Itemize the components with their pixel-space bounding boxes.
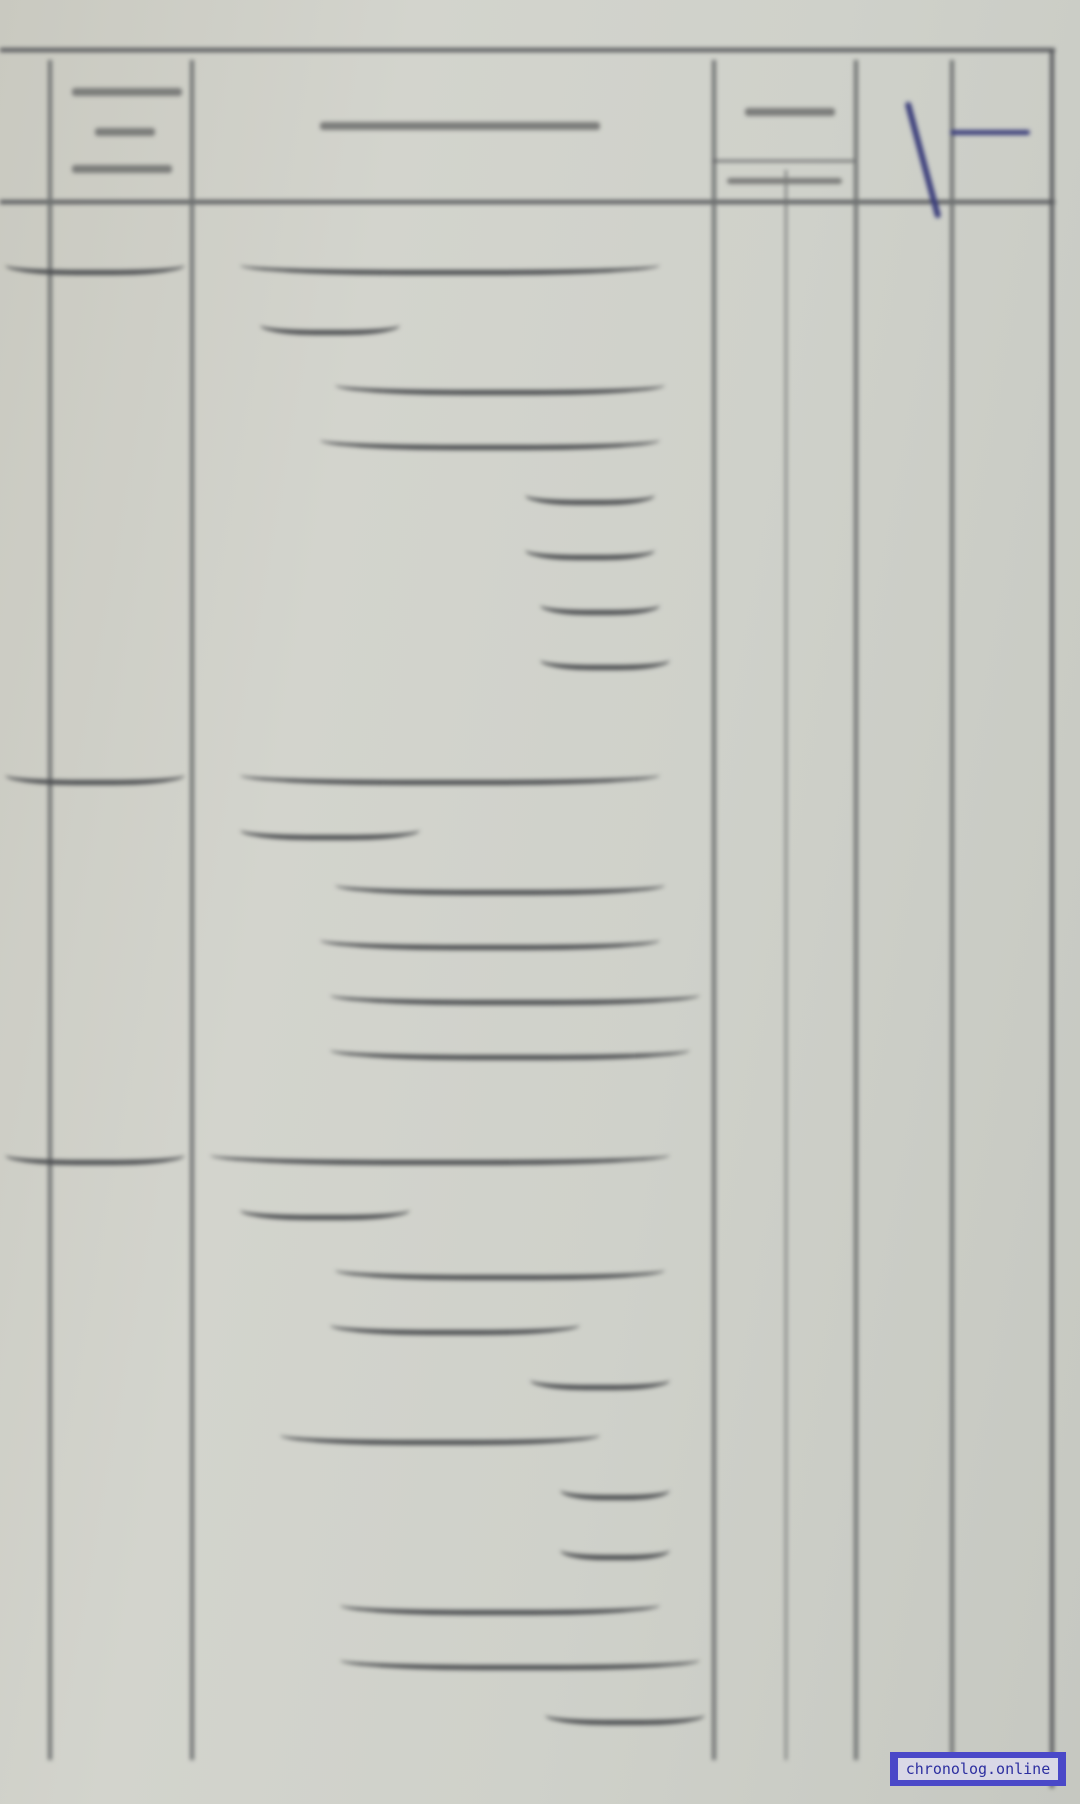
col-sep-3 (712, 60, 716, 1760)
entry-1-name (240, 250, 660, 275)
header-col-name (320, 122, 600, 130)
entry-1-detail-1 (335, 370, 665, 395)
ink-annotation-mark-2 (950, 130, 1030, 135)
entry-3-detail-4 (280, 1420, 600, 1445)
entry-3-detail-7 (340, 1590, 660, 1615)
col-sep-1 (48, 60, 52, 1760)
entry-3-date (5, 1140, 185, 1165)
entry-2-name (240, 760, 660, 785)
header-col-date-2 (95, 128, 155, 136)
entry-2-detail-3 (330, 980, 700, 1005)
entry-3-line (240, 1195, 410, 1220)
entry-1-detail-2 (320, 425, 660, 450)
entry-3-detail-8 (340, 1645, 700, 1670)
col-sep-5 (854, 60, 858, 1760)
entry-1-detail-3 (525, 480, 655, 505)
register-page (0, 0, 1080, 1804)
entry-2-detail-2 (320, 925, 660, 950)
entry-1-detail-4 (525, 535, 655, 560)
entry-1-date (5, 250, 185, 275)
top-border (0, 48, 1055, 52)
entry-3-detail-3 (530, 1365, 670, 1390)
header-bottom-border (0, 200, 1055, 204)
entry-3-detail-1 (335, 1255, 665, 1280)
header-col-date (72, 88, 182, 96)
header-col-date-3 (72, 165, 172, 173)
col-sep-2 (190, 60, 194, 1760)
watermark-text: chronolog.online (898, 1758, 1059, 1780)
entry-1-detail-5 (540, 590, 660, 615)
entry-1-detail-6 (540, 645, 670, 670)
entry-1-line (260, 310, 400, 335)
watermark-badge: chronolog.online (890, 1752, 1066, 1786)
entry-3-detail-2 (330, 1310, 580, 1335)
age-subheader-line (712, 160, 854, 162)
col-sep-4 (785, 170, 787, 1760)
header-col-age (745, 108, 835, 116)
right-border (1050, 48, 1054, 1788)
entry-3-detail-6 (560, 1535, 670, 1560)
entry-3-name (210, 1140, 670, 1165)
entry-3-detail-9 (545, 1700, 705, 1725)
header-col-age-sub (727, 178, 842, 184)
entry-2-detail-1 (335, 870, 665, 895)
entry-3-detail-5 (560, 1475, 670, 1500)
entry-2-line (240, 815, 420, 840)
entry-2-detail-4 (330, 1035, 690, 1060)
entry-2-date (5, 760, 185, 785)
col-sep-6 (950, 60, 954, 1760)
